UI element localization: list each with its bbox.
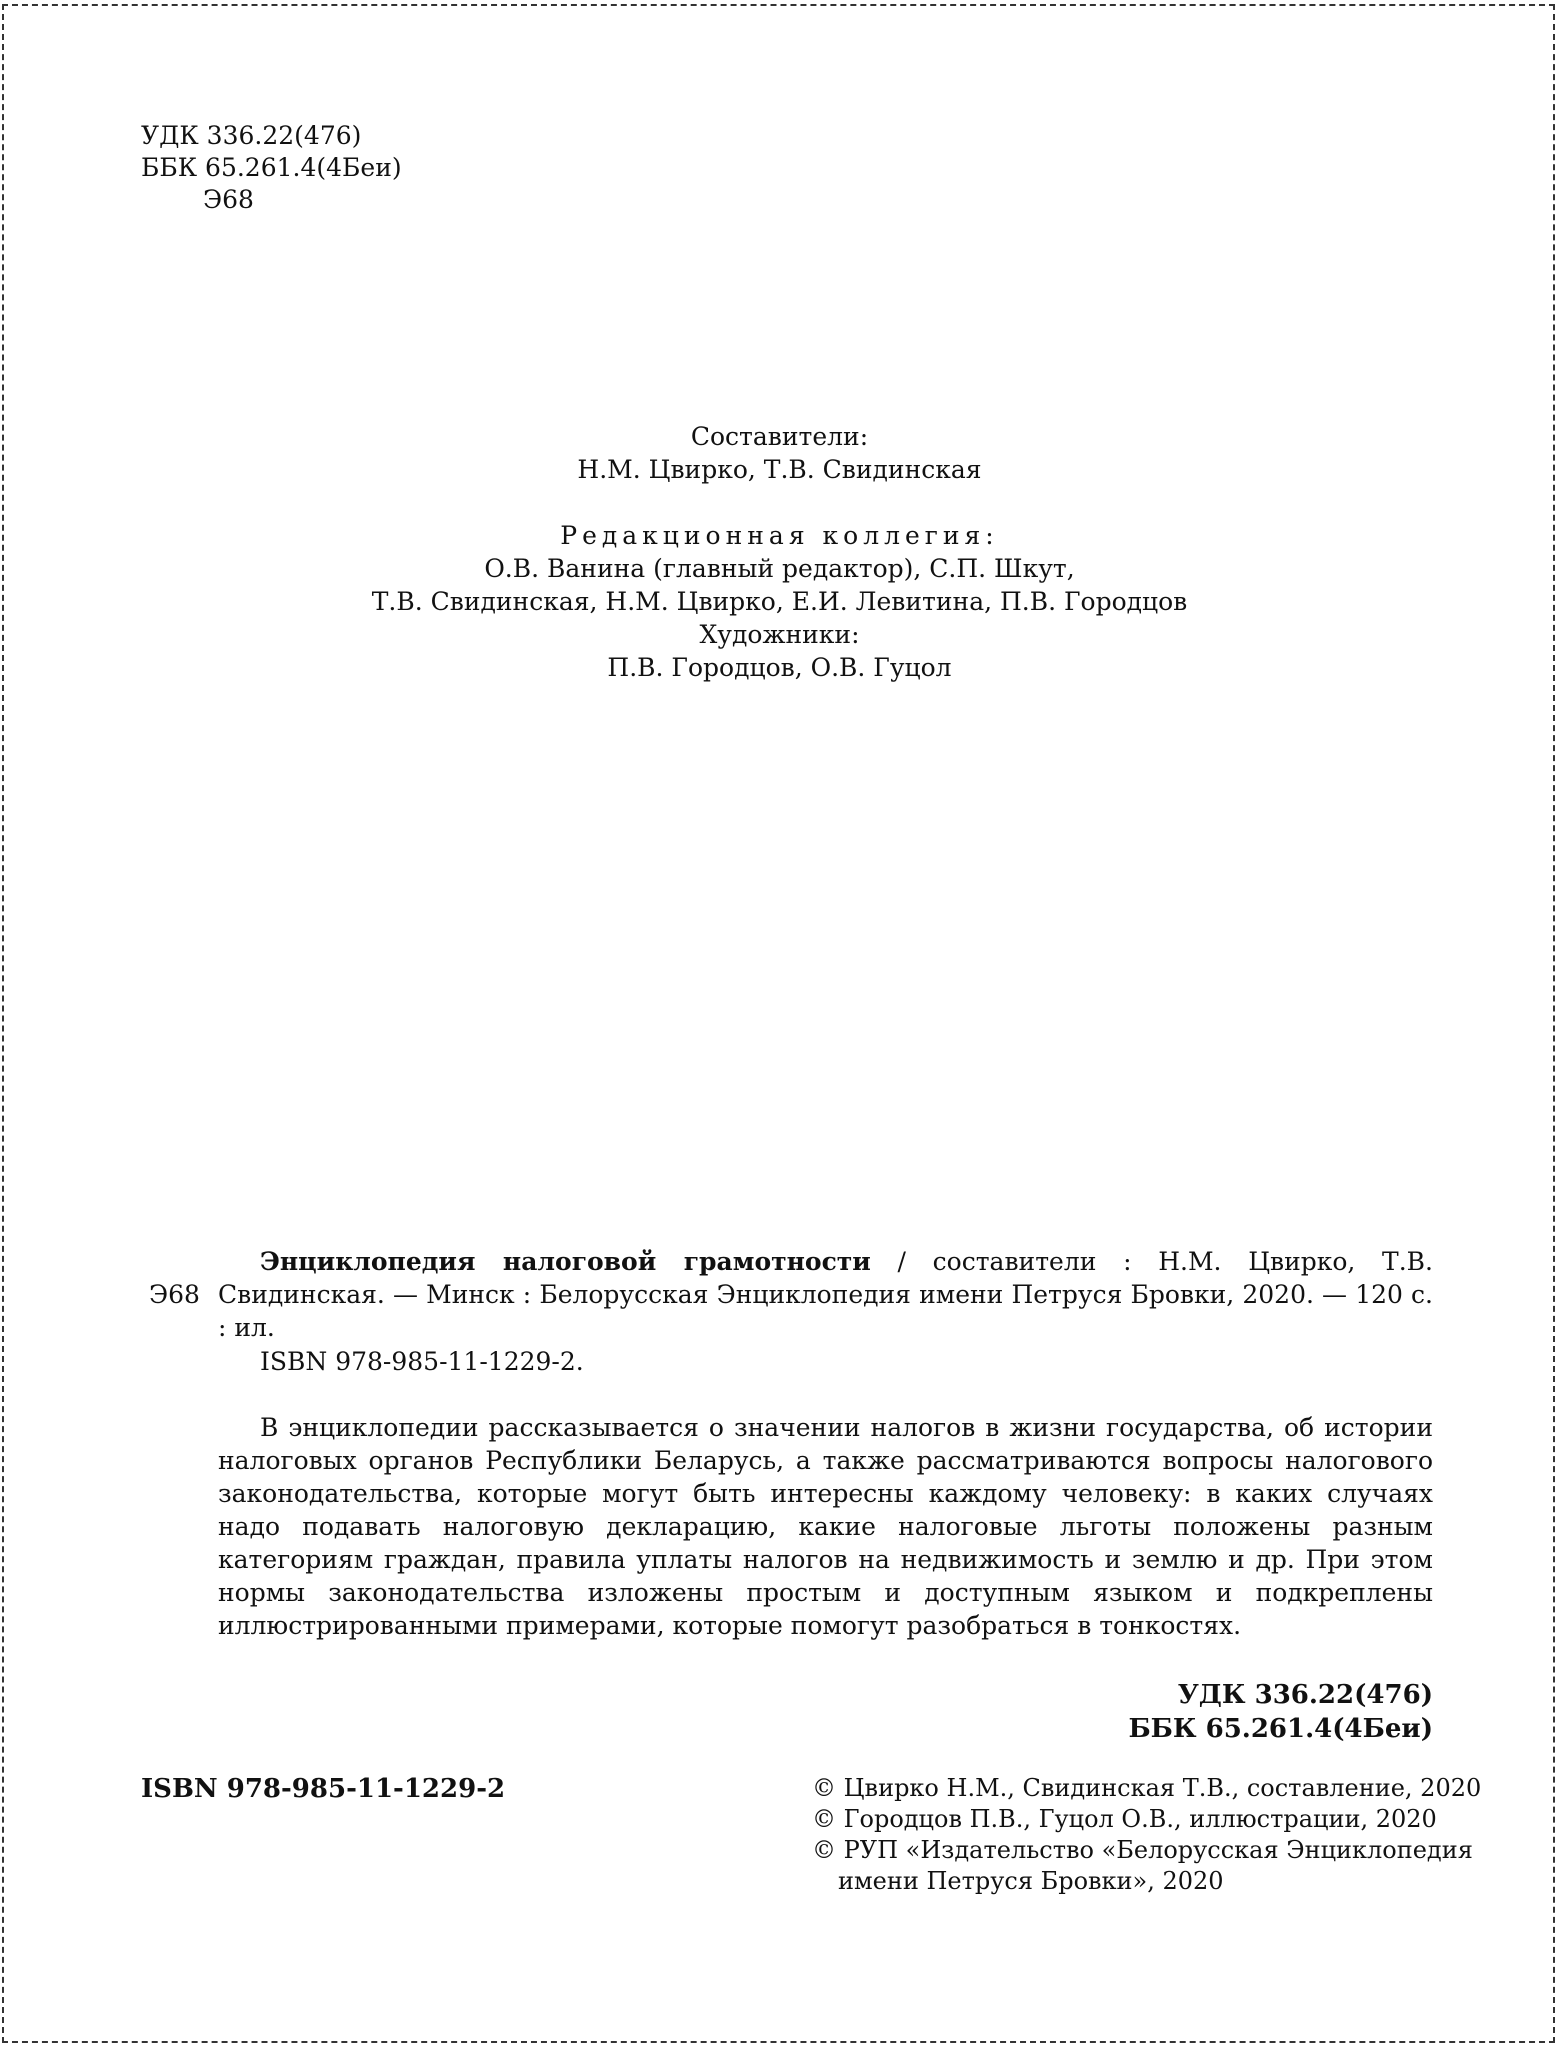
isbn-number: ISBN 978-985-11-1229-2: [141, 1773, 505, 1805]
bbk-code-bold: ББК 65.261.4(4Беи): [1128, 1712, 1433, 1746]
copyright-line: имени Петруся Бровки», 2020: [812, 1866, 1481, 1897]
book-title: Энциклопедия налоговой грамотности: [260, 1247, 871, 1276]
artists-names: П.В. Городцов, О.В. Гуцол: [0, 651, 1559, 684]
udk-code-bold: УДК 336.22(476): [1128, 1678, 1433, 1712]
annotation-text: В энциклопедии рассказывается о значении…: [218, 1411, 1433, 1642]
udk-code: УДК 336.22(476): [141, 120, 402, 152]
compilers-label: Составители:: [0, 420, 1559, 453]
bibliographic-entry: Энциклопедия налоговой грамотности / сос…: [218, 1245, 1433, 1344]
editorial-board-label: Редакционная коллегия:: [0, 519, 1559, 552]
bibliography-isbn: ISBN 978-985-11-1229-2.: [218, 1345, 1475, 1378]
classification-codes: УДК 336.22(476) ББК 65.261.4(4Беи): [1128, 1678, 1433, 1746]
udk-header: УДК 336.22(476) ББК 65.261.4(4Беи) Э68: [141, 120, 402, 216]
credits-block: Составители: Н.М. Цвирко, Т.В. Свидинска…: [0, 420, 1559, 684]
bibliography-author-mark: Э68: [149, 1278, 200, 1311]
copyright-line: © Городцов П.В., Гуцол О.В., иллюстрации…: [812, 1804, 1481, 1835]
artists-label: Художники:: [0, 618, 1559, 651]
copyright-block: © Цвирко Н.М., Свидинская Т.В., составле…: [812, 1773, 1481, 1897]
annotation-block: В энциклопедии рассказывается о значении…: [218, 1411, 1433, 1642]
copyright-line: © Цвирко Н.М., Свидинская Т.В., составле…: [812, 1773, 1481, 1804]
editorial-board-line-1: О.В. Ванина (главный редактор), С.П. Шку…: [0, 552, 1559, 585]
bbk-code: ББК 65.261.4(4Беи): [141, 152, 402, 184]
editorial-board-line-2: Т.В. Свидинская, Н.М. Цвирко, Е.И. Левит…: [0, 585, 1559, 618]
author-mark: Э68: [141, 184, 402, 216]
copyright-line: © РУП «Издательство «Белорусская Энцикло…: [812, 1835, 1481, 1866]
compilers-names: Н.М. Цвирко, Т.В. Свидинская: [0, 453, 1559, 486]
